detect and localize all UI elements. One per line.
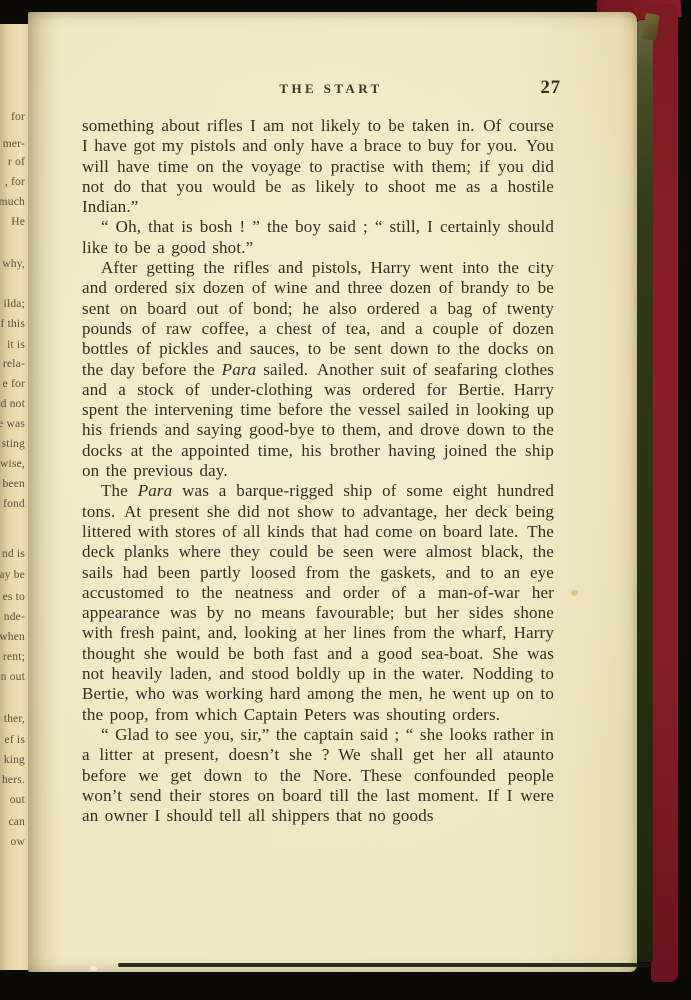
facing-page-text-fragment: for	[11, 111, 25, 124]
scanned-book-photo: { "page": { "header": { "title": "THE ST…	[0, 0, 691, 1000]
paragraph: The Para was a barque-rigged ship of som…	[82, 481, 554, 725]
facing-page-text-fragment: king	[4, 754, 25, 767]
book-page: THE START 27 something about rifles I am…	[28, 12, 637, 972]
facing-page-text-fragment: es to	[3, 591, 25, 604]
facing-page-text-fragment: e for	[3, 378, 25, 391]
paragraph: “ Oh, that is bosh ! ” the boy said ; “ …	[82, 217, 554, 258]
paragraph-text: “ Oh, that is bosh ! ” the boy said ; “ …	[82, 217, 554, 256]
book-page-edges-green	[636, 20, 653, 962]
paragraph: After getting the rifles and pistols, Ha…	[82, 258, 554, 481]
facing-page-text-fragment: much	[0, 196, 25, 209]
paragraph: “ Glad to see you, sir,” the captain sai…	[82, 725, 554, 826]
scan-blemish	[571, 590, 578, 596]
paragraph-text: The	[101, 481, 138, 500]
book-cover-red	[651, 4, 678, 982]
paragraph: something about rifles I am not likely t…	[82, 116, 554, 217]
running-header-title: THE START	[279, 81, 382, 97]
facing-page-text-fragment: rela-	[3, 358, 25, 371]
facing-page-text-fragment: when	[0, 631, 25, 644]
facing-page-edge: former-r of, formuchHewhy,ilda;f thisit …	[0, 24, 28, 970]
facing-page-text-fragment: e was	[0, 418, 25, 431]
facing-page-text-fragment: sting	[2, 438, 25, 451]
facing-page-text-fragment: ther,	[4, 713, 25, 726]
paragraph-text: was a barque-rigged ship of some eight h…	[82, 481, 554, 723]
facing-page-text-fragment: it is	[7, 339, 25, 352]
facing-page-text-fragment: ilda;	[4, 298, 25, 311]
facing-page-text-fragment: ef is	[5, 734, 25, 747]
ship-name-italic: Para	[138, 481, 173, 500]
facing-page-text-fragment: ow	[11, 836, 25, 849]
facing-page-text-fragment: hers.	[2, 774, 25, 787]
running-head: THE START 27	[82, 78, 554, 100]
facing-page-text-fragment: been	[2, 478, 25, 491]
facing-page-text-fragment: d not	[1, 398, 25, 411]
facing-page-text-fragment: nde-	[4, 611, 25, 624]
text-block: something about rifles I am not likely t…	[82, 116, 554, 826]
facing-page-text-fragment: rent;	[3, 651, 25, 664]
facing-page-text-fragment: n out	[1, 671, 25, 684]
facing-page-text-fragment: r of	[8, 156, 25, 169]
facing-page-text-fragment: can	[8, 816, 25, 829]
facing-page-text-fragment: f this	[0, 318, 25, 331]
facing-page-text-fragment: He	[11, 216, 25, 229]
facing-page-text-fragment: out	[10, 794, 25, 807]
page-number: 27	[541, 78, 562, 99]
facing-page-text-fragment: fond	[3, 498, 25, 511]
ship-name-italic: Para	[222, 360, 257, 379]
facing-page-text-fragment: rwise,	[0, 458, 25, 471]
facing-page-text-fragment: ay be	[0, 569, 25, 582]
facing-page-text-fragment: nd is	[2, 548, 25, 561]
paragraph-text: something about rifles I am not likely t…	[82, 116, 554, 216]
facing-page-text-fragment: why,	[2, 258, 25, 271]
facing-page-text-fragment: mer-	[3, 138, 25, 151]
paragraph-text: “ Glad to see you, sir,” the captain sai…	[82, 725, 554, 825]
facing-page-text-fragment: , for	[5, 176, 25, 189]
scan-speck	[90, 966, 97, 971]
page-bottom-edge-shadow	[118, 963, 650, 967]
